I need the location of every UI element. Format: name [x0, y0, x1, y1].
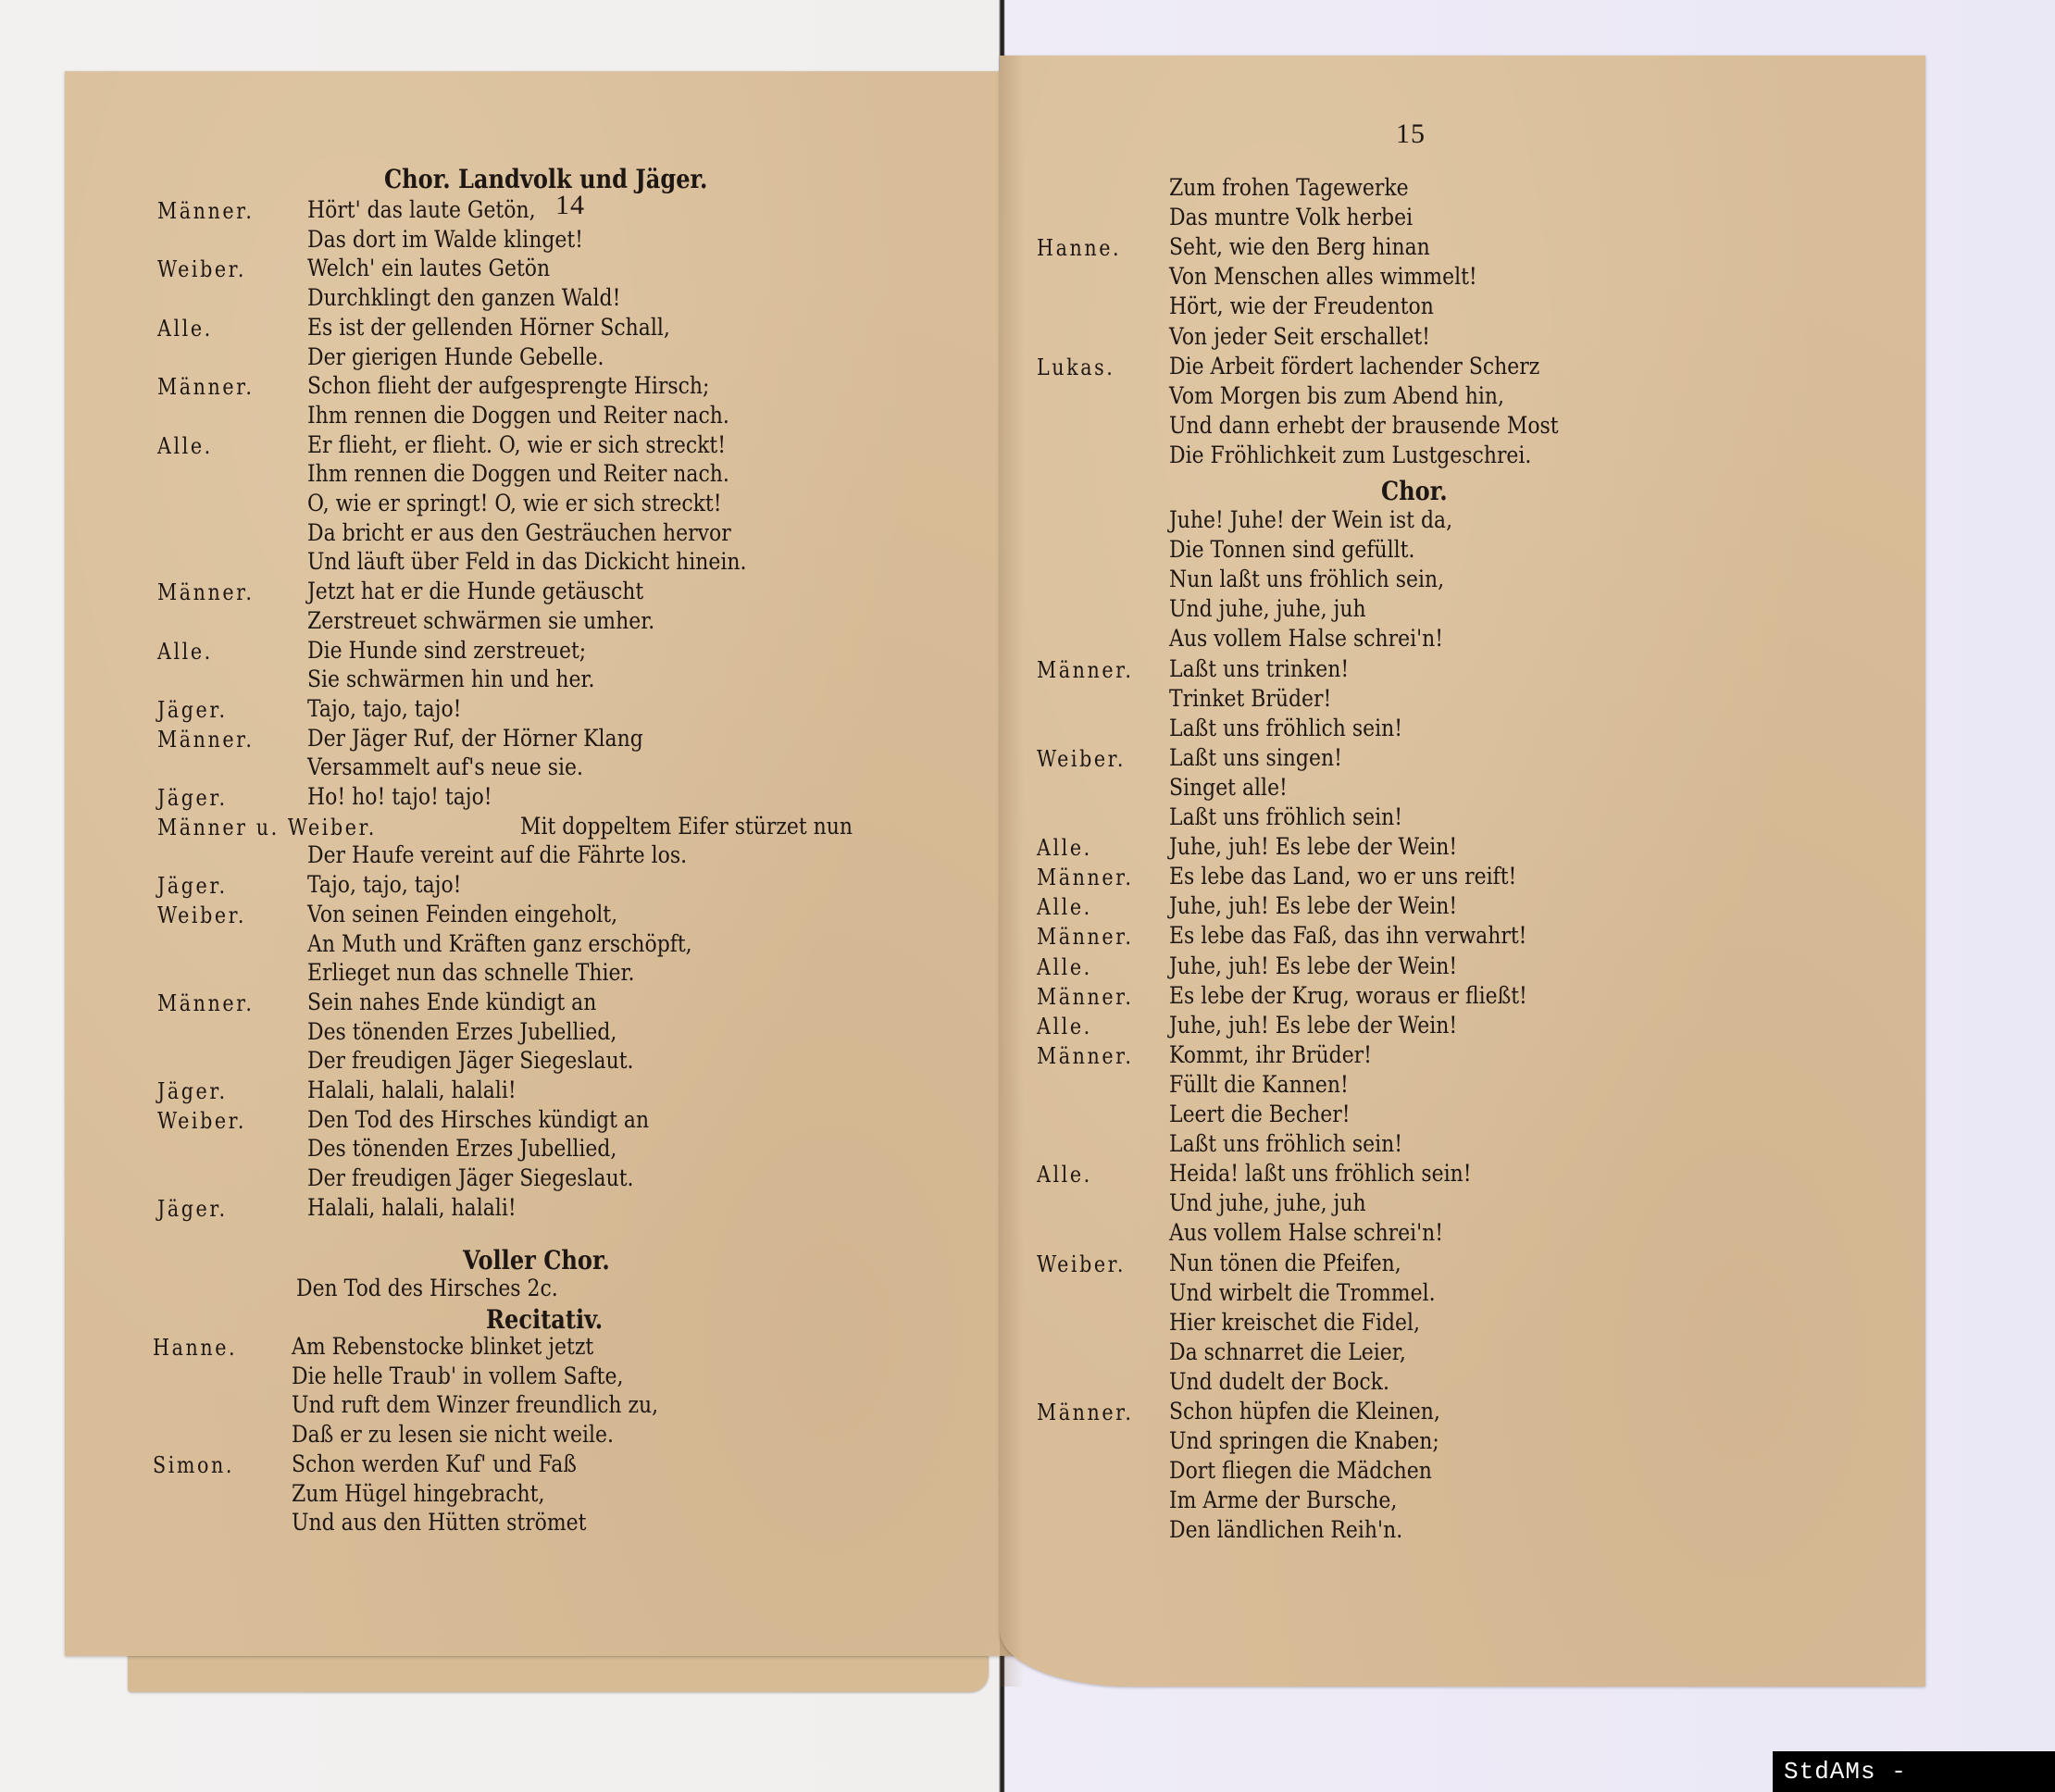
gutter-shadow: [1000, 56, 1024, 1686]
verse-line: Der Haufe vereint auf die Fährte los.: [307, 841, 687, 870]
verse-line: Und wirbelt die Trommel.: [1169, 1279, 1436, 1308]
verse-line: Laßt uns singen!: [1169, 744, 1342, 773]
speaker-label: Alle.: [157, 433, 213, 459]
speaker-label: Jäger.: [157, 785, 228, 811]
verse-line: Der Jäger Ruf, der Hörner Klang: [307, 725, 643, 753]
speaker-label: Simon.: [153, 1452, 234, 1478]
verse-line: Den ländlichen Reih'n.: [1169, 1516, 1402, 1545]
speaker-label: Männer.: [1037, 984, 1133, 1010]
verse-line: Halali, halali, halali!: [307, 1076, 517, 1105]
speaker-label: Hanne.: [1037, 235, 1121, 261]
speaker-label: Männer.: [1037, 1400, 1133, 1425]
verse-line: Zum frohen Tagewerke: [1169, 174, 1409, 203]
verse-line: Juhe! Juhe! der Wein ist da,: [1169, 506, 1452, 535]
verse-line: Und läuft über Feld in das Dickicht hine…: [307, 548, 747, 577]
verse-line: Es lebe der Krug, woraus er fließt!: [1169, 982, 1527, 1011]
verse-line: Versammelt auf's neue sie.: [307, 753, 583, 782]
verse-line: Laßt uns trinken!: [1169, 655, 1349, 684]
page-number: 14: [555, 190, 585, 221]
verse-line: Juhe, juh! Es lebe der Wein!: [1169, 892, 1457, 921]
verse-line: Die Hunde sind zerstreuet;: [307, 637, 586, 666]
speaker-label: Alle.: [1037, 1014, 1092, 1039]
section-heading: Voller Chor.: [463, 1245, 610, 1276]
speaker-label: Alle.: [1037, 1162, 1092, 1188]
verse-line: Ho! ho! tajo! tajo!: [307, 783, 492, 812]
verse-line: Die helle Traub' in vollem Safte,: [292, 1363, 623, 1391]
verse-line: Von Menschen alles wimmelt!: [1169, 263, 1477, 292]
verse-line: Daß er zu lesen sie nicht weile.: [292, 1421, 614, 1450]
speaker-label: Männer.: [157, 727, 254, 753]
verse-line: O, wie er springt! O, wie er sich streck…: [307, 490, 722, 518]
verse-line: Und juhe, juhe, juh: [1169, 1189, 1366, 1218]
verse-line: Nun laßt uns fröhlich sein,: [1169, 566, 1444, 594]
verse-line: Und springen die Knaben;: [1169, 1427, 1439, 1456]
speaker-label: Lukas.: [1037, 355, 1115, 380]
verse-line: Im Arme der Bursche,: [1169, 1487, 1397, 1515]
verse-line: Vom Morgen bis zum Abend hin,: [1169, 382, 1504, 411]
verse-line: Aus vollem Halse schrei'n!: [1169, 625, 1443, 653]
verse-line: Die Tonnen sind gefüllt.: [1169, 536, 1414, 565]
speaker-label: Alle.: [157, 316, 213, 342]
verse-line: Füllt die Kannen!: [1169, 1071, 1349, 1100]
verse-line: Am Rebenstocke blinket jetzt: [292, 1333, 593, 1362]
verse-line: Leert die Becher!: [1169, 1101, 1351, 1129]
verse-line: Seht, wie den Berg hinan: [1169, 233, 1430, 262]
section-heading: Chor. Landvolk und Jäger.: [384, 164, 707, 194]
speaker-label: Männer.: [1037, 924, 1133, 950]
verse-line: Mit doppeltem Eifer stürzet nun: [520, 813, 853, 841]
archive-stamp: StdAMs - MV_004_084: [1773, 1751, 2055, 1792]
verse-line: Es lebe das Faß, das ihn verwahrt!: [1169, 922, 1526, 951]
verse-line: Von seinen Feinden eingeholt,: [307, 901, 617, 929]
verse-line: Und dann erhebt der brausende Most: [1169, 412, 1559, 441]
verse-line: Schon hüpfen die Kleinen,: [1169, 1398, 1440, 1426]
verse-line: Und aus den Hütten strömet: [292, 1509, 586, 1537]
verse-line: Und ruft dem Winzer freundlich zu,: [292, 1391, 658, 1420]
verse-line: Schon werden Kuf' und Faß: [292, 1450, 577, 1479]
verse-line: Trinket Brüder!: [1169, 685, 1331, 714]
verse-line: Heida! laßt uns fröhlich sein!: [1169, 1160, 1472, 1188]
speaker-label: Weiber.: [157, 902, 246, 928]
verse-line: Halali, halali, halali!: [307, 1194, 517, 1223]
verse-line: Juhe, juh! Es lebe der Wein!: [1169, 1012, 1457, 1040]
verse-line: Laßt uns fröhlich sein!: [1169, 803, 1402, 832]
verse-line: Kommt, ihr Brüder!: [1169, 1041, 1372, 1070]
verse-line: Durchklingt den ganzen Wald!: [307, 284, 620, 313]
verse-line: Des tönenden Erzes Jubellied,: [307, 1135, 616, 1164]
page-14: 14 Chor. Landvolk und Jäger. Männer.Hört…: [65, 71, 1023, 1656]
speaker-label: Männer.: [1037, 865, 1133, 890]
verse-line: Die Fröhlichkeit zum Lustgeschrei.: [1169, 442, 1531, 470]
speaker-label: Weiber.: [157, 1108, 246, 1134]
verse-line: Zum Hügel hingebracht,: [292, 1480, 544, 1509]
speaker-label: Alle.: [1037, 894, 1092, 920]
speaker-label: Jäger.: [157, 697, 228, 723]
verse-line: Hört' das laute Getön,: [307, 196, 536, 225]
verse-line: Schon flieht der aufgesprengte Hirsch;: [307, 372, 709, 401]
verse-line: Es ist der gellenden Hörner Schall,: [307, 314, 670, 342]
verse-line: Tajo, tajo, tajo!: [307, 871, 461, 900]
verse-line: Juhe, juh! Es lebe der Wein!: [1169, 833, 1457, 862]
verse-line: Der freudigen Jäger Siegeslaut.: [307, 1047, 634, 1076]
verse-line: Aus vollem Halse schrei'n!: [1169, 1219, 1443, 1248]
verse-line: Welch' ein lautes Getön: [307, 255, 550, 283]
speaker-label: Männer.: [157, 374, 254, 400]
verse-line: Hier kreischet die Fidel,: [1169, 1309, 1420, 1338]
verse-line: Und dudelt der Bock.: [1169, 1368, 1389, 1397]
verse-line: Juhe, juh! Es lebe der Wein!: [1169, 952, 1457, 981]
speaker-label: Jäger.: [157, 1196, 228, 1222]
verse-line: Sein nahes Ende kündigt an: [307, 989, 596, 1017]
page-15: 15 Zum frohen TagewerkeDas muntre Volk h…: [1000, 56, 1925, 1686]
verse-line: Sie schwärmen hin und her.: [307, 666, 594, 694]
verse-line: Hört, wie der Freudenton: [1169, 292, 1434, 321]
verse-line: Ihm rennen die Doggen und Reiter nach.: [307, 460, 729, 489]
verse-line: Es lebe das Land, wo er uns reift!: [1169, 863, 1516, 891]
verse-line: Da bricht er aus den Gesträuchen hervor: [307, 519, 731, 548]
speaker-label: Männer.: [1037, 657, 1133, 683]
speaker-label: Weiber.: [1037, 746, 1126, 772]
speaker-label: Hanne.: [153, 1335, 237, 1361]
speaker-label: Männer.: [157, 198, 254, 224]
speaker-label: Alle.: [1037, 835, 1092, 861]
section-heading: Recitativ.: [486, 1304, 603, 1335]
speaker-label: Männer u. Weiber.: [157, 815, 377, 840]
speaker-label: Jäger.: [157, 1078, 228, 1104]
verse-line: Jetzt hat er die Hunde getäuscht: [307, 578, 643, 606]
speaker-label: Weiber.: [1037, 1251, 1126, 1277]
section-heading: Chor.: [1381, 476, 1448, 506]
verse-line: Von jeder Seit erschallet!: [1169, 323, 1430, 352]
verse-line: An Muth und Kräften ganz erschöpft,: [307, 930, 692, 959]
speaker-label: Männer.: [157, 579, 254, 605]
speaker-label: Alle.: [157, 639, 213, 665]
verse-line: Die Arbeit fördert lachender Scherz: [1169, 353, 1539, 381]
verse-line: Den Tod des Hirsches kündigt an: [307, 1106, 649, 1135]
verse-line: Den Tod des Hirsches 2c.: [296, 1275, 558, 1303]
verse-line: Der freudigen Jäger Siegeslaut.: [307, 1164, 634, 1193]
verse-line: Da schnarret die Leier,: [1169, 1338, 1406, 1367]
speaker-label: Alle.: [1037, 954, 1092, 980]
verse-line: Er flieht, er flieht. O, wie er sich str…: [307, 431, 726, 460]
verse-line: Das muntre Volk herbei: [1169, 204, 1413, 232]
verse-line: Das dort im Walde klinget!: [307, 226, 583, 255]
verse-line: Dort fliegen die Mädchen: [1169, 1457, 1432, 1486]
speaker-label: Männer.: [157, 990, 254, 1016]
verse-line: Erlieget nun das schnelle Thier.: [307, 959, 635, 988]
verse-line: Ihm rennen die Doggen und Reiter nach.: [307, 402, 729, 430]
verse-line: Und juhe, juhe, juh: [1169, 595, 1366, 624]
verse-line: Zerstreuet schwärmen sie umher.: [307, 607, 654, 636]
verse-line: Der gierigen Hunde Gebelle.: [307, 343, 604, 372]
verse-line: Singet alle!: [1169, 774, 1288, 803]
verse-line: Laßt uns fröhlich sein!: [1169, 1130, 1402, 1159]
verse-line: Des tönenden Erzes Jubellied,: [307, 1018, 616, 1047]
page-number: 15: [1396, 118, 1426, 150]
verse-line: Nun tönen die Pfeifen,: [1169, 1250, 1401, 1278]
verse-line: Tajo, tajo, tajo!: [307, 695, 461, 724]
verse-line: Laßt uns fröhlich sein!: [1169, 715, 1402, 743]
speaker-label: Jäger.: [157, 873, 228, 899]
speaker-label: Weiber.: [157, 256, 246, 282]
speaker-label: Männer.: [1037, 1043, 1133, 1069]
